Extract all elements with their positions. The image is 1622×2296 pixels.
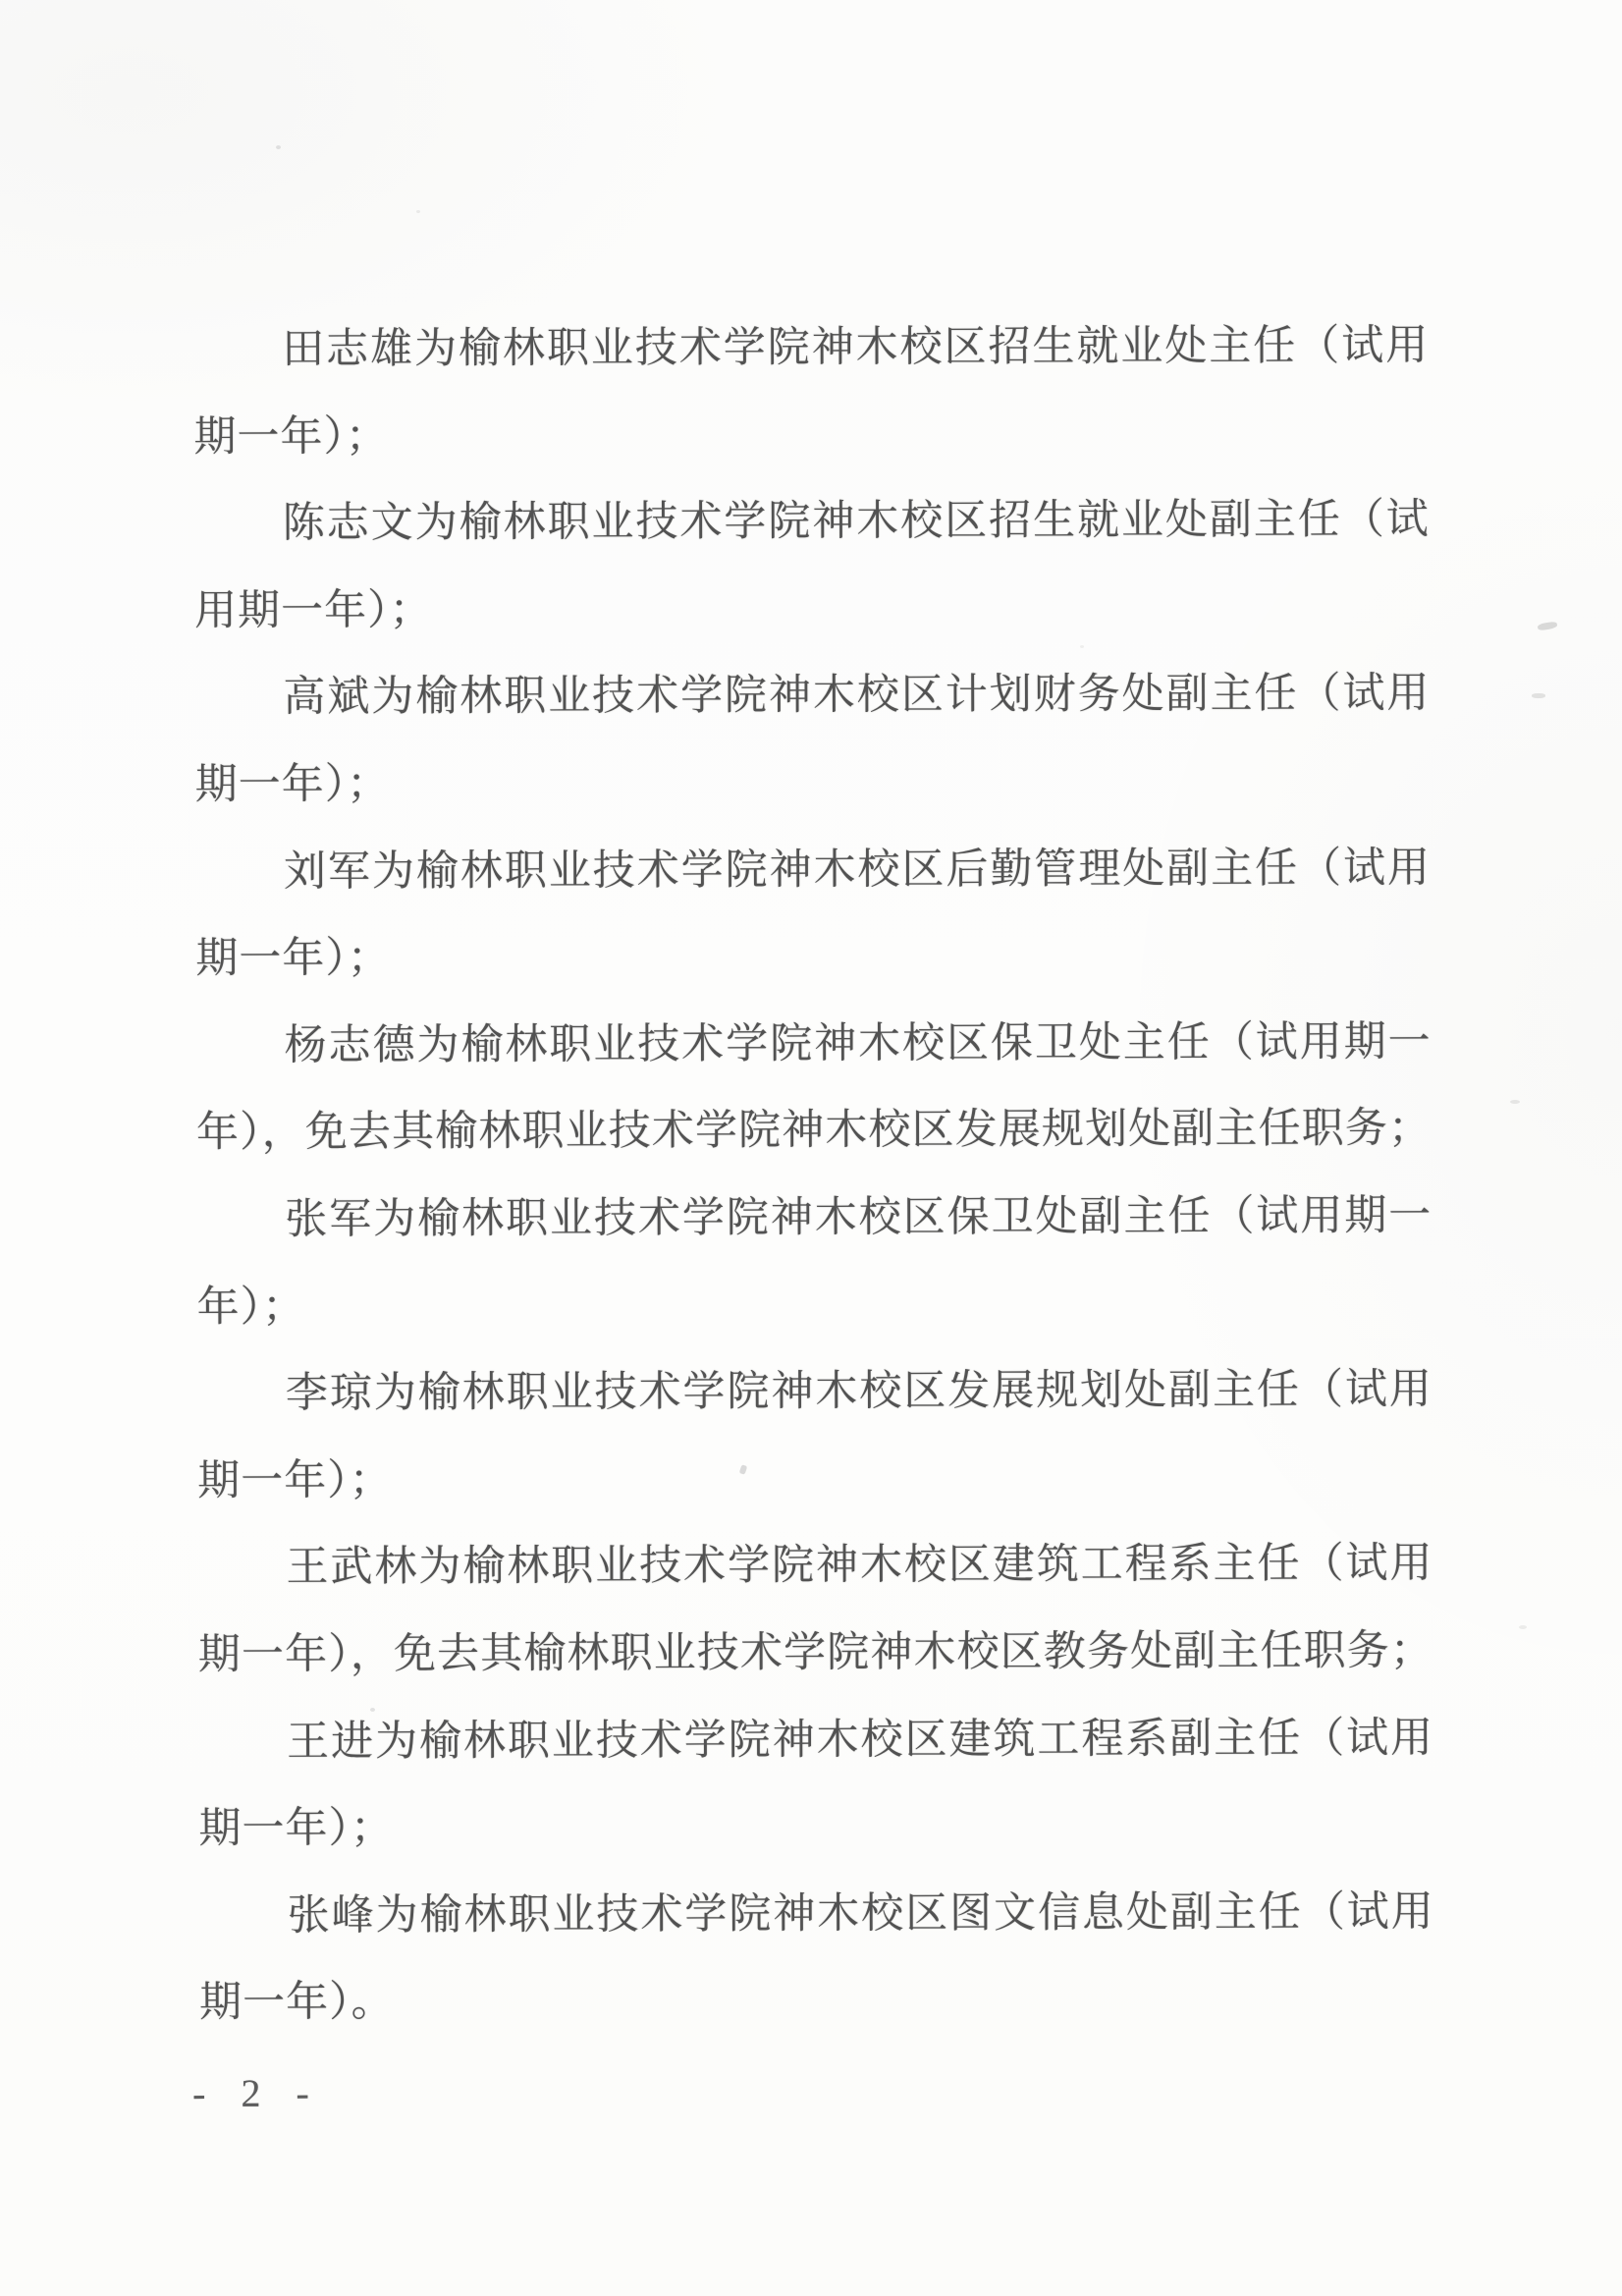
page-number: - 2 - xyxy=(192,2068,322,2119)
text-line: 用期一年）； xyxy=(194,564,1430,655)
text-line: 期一年）； xyxy=(197,1434,1433,1525)
scan-speck xyxy=(276,145,281,149)
scan-speck xyxy=(1510,1100,1520,1104)
text-line: 张峰为榆林职业技术学院神木校区图文信息处副主任（试用 xyxy=(199,1869,1434,1960)
document-body: 田志雄为榆林职业技术学院神木校区招生就业处主任（试用期一年）；陈志文为榆林职业技… xyxy=(193,303,1434,2048)
text-line: 王进为榆林职业技术学院神木校区建筑工程系副主任（试用 xyxy=(198,1695,1433,1786)
text-line: 杨志德为榆林职业技术学院神木校区保卫处主任（试用期一 xyxy=(195,999,1431,1090)
scan-speck xyxy=(1080,645,1084,648)
text-line: 张军为榆林职业技术学院神木校区保卫处副主任（试用期一 xyxy=(196,1174,1432,1265)
text-line: 高斌为榆林职业技术学院神木校区计划财务处副主任（试用 xyxy=(194,651,1430,742)
text-line: 期一年），免去其榆林职业技术学院神木校区教务处副主任职务； xyxy=(198,1609,1433,1700)
scan-speck xyxy=(370,1708,375,1712)
scan-speck xyxy=(1538,621,1558,630)
text-line: 期一年）； xyxy=(195,912,1431,1004)
text-line: 期一年）。 xyxy=(199,1956,1434,2048)
scan-speck xyxy=(1532,693,1545,698)
text-line: 期一年）； xyxy=(198,1782,1433,1874)
text-line: 年），免去其榆林职业技术学院神木校区发展规划处副主任职务； xyxy=(196,1086,1432,1177)
scan-speck xyxy=(416,210,420,213)
text-line: 陈志文为榆林职业技术学院神木校区招生就业处副主任（试 xyxy=(194,477,1430,569)
text-line: 王武林为榆林职业技术学院神木校区建筑工程系主任（试用 xyxy=(197,1521,1433,1613)
text-line: 田志雄为榆林职业技术学院神木校区招生就业处主任（试用 xyxy=(193,303,1429,395)
text-line: 刘军为榆林职业技术学院神木校区后勤管理处副主任（试用 xyxy=(195,825,1431,916)
text-line: 期一年）； xyxy=(195,738,1431,830)
document-page: 田志雄为榆林职业技术学院神木校区招生就业处主任（试用期一年）；陈志文为榆林职业技… xyxy=(0,0,1622,2296)
text-line: 期一年）； xyxy=(193,390,1429,481)
text-line: 年）； xyxy=(196,1260,1432,1351)
text-line: 李琼为榆林职业技术学院神木校区发展规划处副主任（试用 xyxy=(197,1347,1433,1439)
scan-speck xyxy=(1519,1625,1527,1629)
